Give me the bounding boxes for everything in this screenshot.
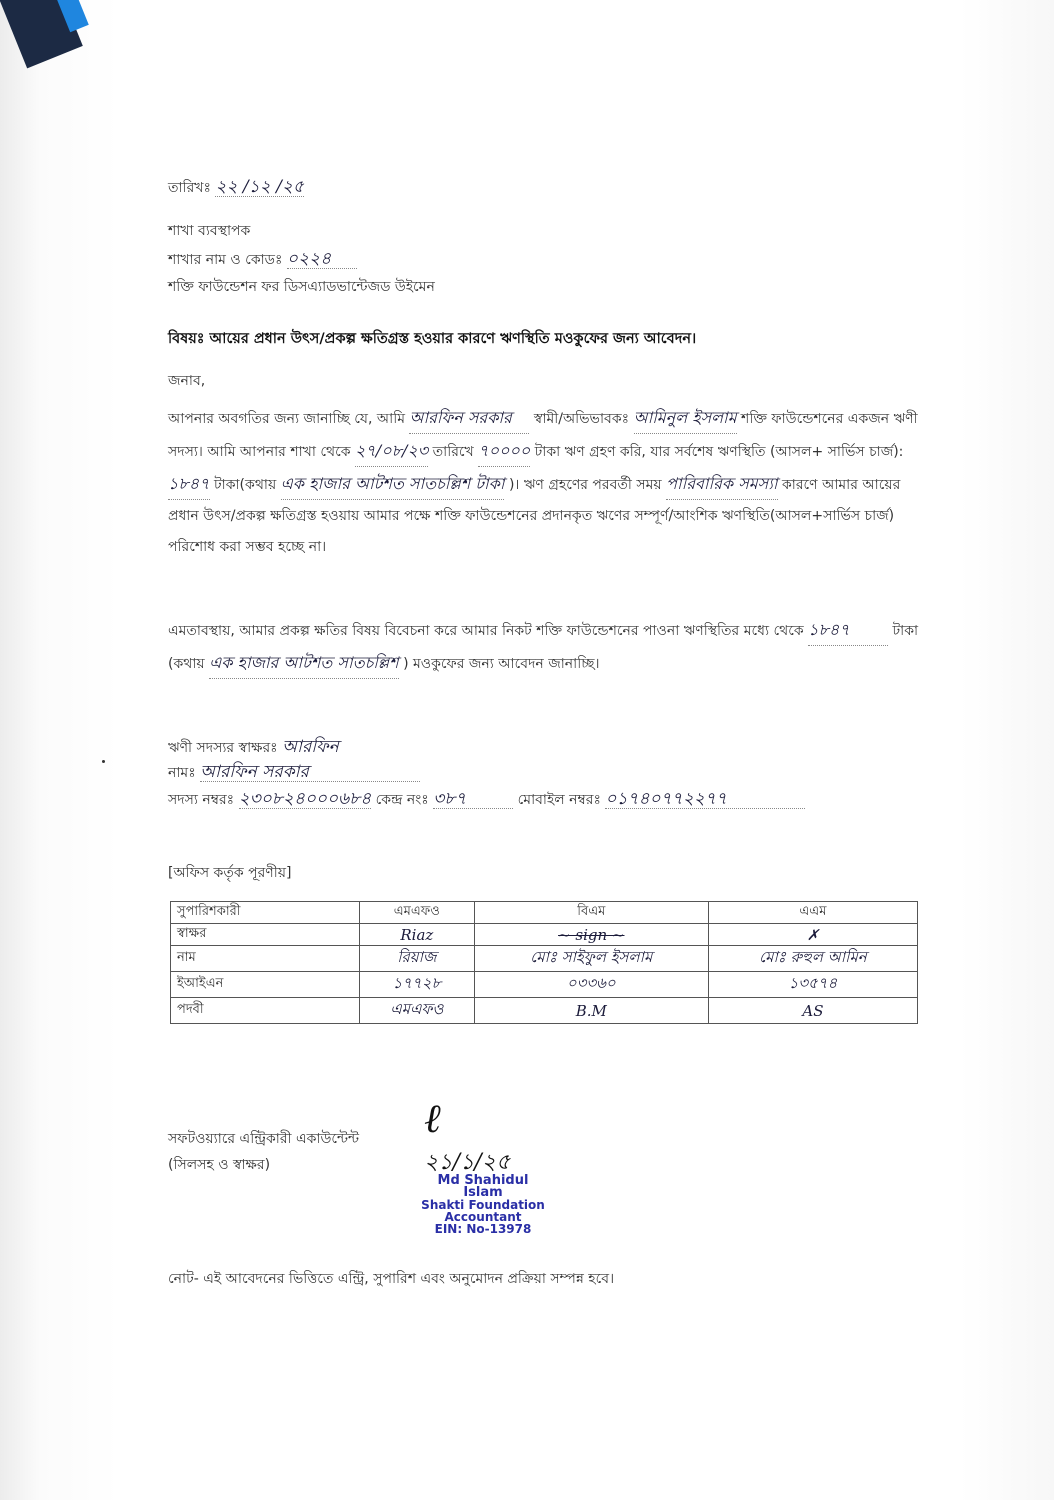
row-label: নাম: [171, 946, 360, 972]
branch-label: শাখার নাম ও কোডঃ: [168, 252, 282, 268]
table-cell: ~ sign ~: [474, 924, 708, 946]
table-cell: রিয়াজ: [360, 946, 475, 972]
guardian-name-field: আমিনুল ইসলাম: [634, 402, 737, 434]
body-text: এমতাবস্থায়, আমার প্রকল্প ক্ষতির বিষয় ব…: [168, 623, 804, 639]
accountant-stamp: Md Shahidul Islam Shakti Foundation Acco…: [418, 1175, 548, 1235]
table-header: এএম: [708, 902, 917, 924]
table-row: ইআইএন ১৭৭২৮ ০৩৩৬০ ১৩৫৭৪: [171, 972, 918, 998]
applicant-signature: আরফিন: [282, 737, 339, 757]
table-header: বিএম: [474, 902, 708, 924]
applicant-ids-line: সদস্য নম্বরঃ ২৩০৮২৪০০০৬৮৪ কেন্দ্র নংঃ ৩৮…: [168, 790, 805, 809]
paper-speck: [102, 760, 105, 763]
reason-field: পারিবারিক সমস্যা: [666, 468, 777, 500]
accountant-sublabel: (সিলসহ ও স্বাক্ষর): [168, 1156, 270, 1174]
table-row: স্বাক্ষর Riaz ~ sign ~ ✗: [171, 924, 918, 946]
table-row: পদবী এমএফও B.M AS: [171, 998, 918, 1024]
row-label: ইআইএন: [171, 972, 360, 998]
mobile-label: মোবাইল নম্বরঃ: [518, 792, 601, 808]
org-name: শক্তি ফাউন্ডেশন ফর ডিসএ্যাডভান্টেজড উইমে…: [168, 278, 435, 296]
row-label: পদবী: [171, 998, 360, 1024]
table-cell: B.M: [474, 998, 708, 1024]
applicant-signature-line: ঋণী সদস্যর স্বাক্ষরঃ আরফিন: [168, 738, 339, 757]
table-cell: AS: [708, 998, 917, 1024]
body-text: টাকা ঋণ গ্রহণ করি, যার সর্বশেষ ঋণস্থিতি …: [535, 444, 904, 460]
table-cell: ১৩৫৭৪: [708, 972, 917, 998]
waiver-amount-field: ১৮৪৭: [808, 614, 888, 646]
body-text: স্বামী/অভিভাবকঃ: [534, 411, 629, 427]
body-text: আপনার অবগতির জন্য জানাচ্ছি যে, আমি: [168, 411, 405, 427]
body-text: তারিখে: [433, 444, 474, 460]
name-label: নামঃ: [168, 765, 196, 781]
accountant-label: সফটওয়্যারে এন্ট্রিকারী একাউন্টেন্ট: [168, 1130, 359, 1148]
table-cell: Riaz: [360, 924, 475, 946]
date-label: তারিখঃ: [168, 180, 211, 196]
table-cell: এমএফও: [360, 998, 475, 1024]
member-no-label: সদস্য নম্বরঃ: [168, 792, 234, 808]
table-header: সুপারিশকারী: [171, 902, 360, 924]
signature-am: ✗: [807, 926, 820, 944]
member-no: ২৩০৮২৪০০০৬৮৪: [239, 790, 372, 809]
branch-code: ০২২৪: [287, 250, 357, 269]
recipient-title: শাখা ব্যবস্থাপক: [168, 222, 250, 240]
outstanding-field: ১৮৪৭: [168, 468, 210, 500]
accountant-signature: ℓ: [424, 1095, 441, 1142]
body-paragraph-2: এমতাবস্থায়, আমার প্রকল্প ক্ষতির বিষয় ব…: [168, 614, 920, 680]
stamp-ein: EIN: No-13978: [418, 1223, 548, 1235]
table-cell: ১৭৭২৮: [360, 972, 475, 998]
body-paragraph-1: আপনার অবগতির জন্য জানাচ্ছি যে, আমি আরফিন…: [168, 402, 920, 563]
table-cell: ✗: [708, 924, 917, 946]
outstanding-words-field: এক হাজার আটশত সাতচল্লিশ টাকা: [281, 468, 505, 500]
table-cell: মোঃ রুহুল আমিন: [708, 946, 917, 972]
body-text: ) মওকুফের জন্য আবেদন জানাচ্ছি।: [403, 656, 599, 672]
date-line: তারিখঃ ২২ /১২ /২৫: [168, 178, 304, 197]
applicant-name-line: নামঃ আরফিন সরকার: [168, 763, 420, 782]
loan-date-field: ২৭/০৮/২৩: [355, 435, 428, 467]
center-label: কেন্দ্র নংঃ: [376, 792, 429, 808]
center-no: ৩৮৭: [433, 790, 513, 809]
table-cell: ০৩৩৬০: [474, 972, 708, 998]
stamp-name: Md Shahidul Islam: [418, 1175, 548, 1199]
office-recommendation-table: সুপারিশকারী এমএফও বিএম এএম স্বাক্ষর Riaz…: [170, 901, 918, 1024]
salutation: জনাব,: [168, 372, 205, 390]
body-text: টাকা(কথায়: [214, 477, 276, 493]
signature-label: ঋণী সদস্যর স্বাক্ষরঃ: [168, 740, 278, 756]
signature-mfo: Riaz: [400, 926, 433, 944]
subject-line: বিষয়ঃ আয়ের প্রধান উৎস/প্রকল্প ক্ষতিগ্র…: [168, 330, 696, 348]
row-label: স্বাক্ষর: [171, 924, 360, 946]
branch-line: শাখার নাম ও কোডঃ ০২২৪: [168, 250, 357, 269]
body-text: )। ঋণ গ্রহণের পরবর্তী সময়: [509, 477, 662, 493]
loan-amount-field: ৭০০০০: [478, 435, 530, 467]
mobile-no: ০১৭৪০৭৭২২৭৭: [605, 790, 805, 809]
table-header: এমএফও: [360, 902, 475, 924]
footer-note: নোট- এই আবেদনের ভিত্তিতে এন্ট্রি, সুপারি…: [168, 1270, 614, 1288]
waiver-words-field: এক হাজার আটশত সাতচল্লিশ: [209, 647, 399, 679]
table-header-row: সুপারিশকারী এমএফও বিএম এএম: [171, 902, 918, 924]
office-section-heading: [অফিস কর্তৃক পূরণীয়]: [168, 864, 291, 882]
member-name-field: আরফিন সরকার: [409, 402, 529, 434]
table-cell: মোঃ সাইফুল ইসলাম: [474, 946, 708, 972]
table-row: নাম রিয়াজ মোঃ সাইফুল ইসলাম মোঃ রুহুল আম…: [171, 946, 918, 972]
date-value: ২২ /১২ /২৫: [215, 178, 304, 197]
signature-bm: ~ sign ~: [558, 926, 624, 944]
applicant-name: আরফিন সরকার: [200, 763, 420, 782]
